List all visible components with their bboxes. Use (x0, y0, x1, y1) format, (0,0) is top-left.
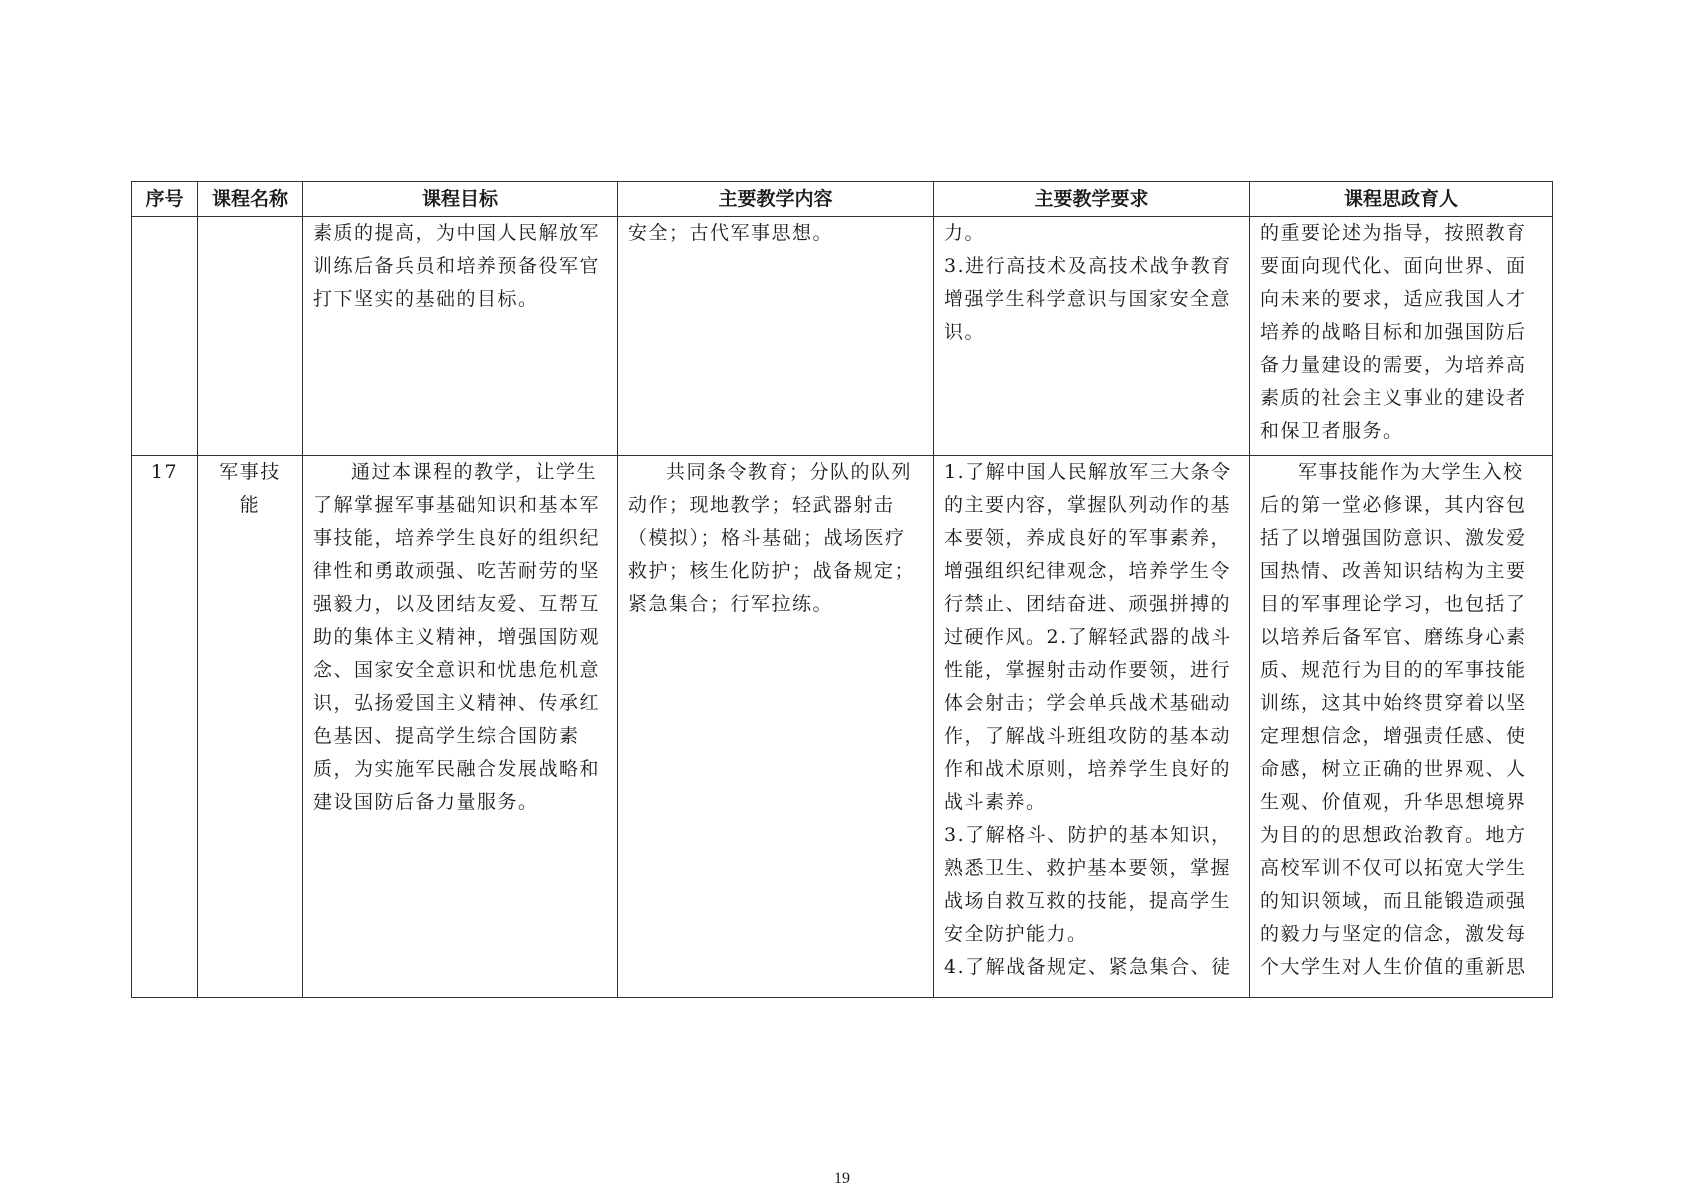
cell-course-goal: 通过本课程的教学，让学生了解掌握军事基础知识和基本军事技能，培养学生良好的组织纪… (303, 456, 618, 998)
cell-serial-no (132, 217, 198, 456)
cell-ideology-education: 军事技能作为大学生入校后的第一堂必修课，其内容包括了以增强国防意识、激发爱国热情… (1250, 456, 1553, 998)
cell-main-content: 安全；古代军事思想。 (618, 217, 934, 456)
header-main-content: 主要教学内容 (618, 182, 934, 217)
table-row: 17 军事技能 通过本课程的教学，让学生了解掌握军事基础知识和基本军事技能，培养… (132, 456, 1553, 998)
header-ideology-education: 课程思政育人 (1250, 182, 1553, 217)
cell-ideology-education: 的重要论述为指导，按照教育要面向现代化、面向世界、面向未来的要求，适应我国人才培… (1250, 217, 1553, 456)
header-course-goal: 课程目标 (303, 182, 618, 217)
table-row: 素质的提高，为中国人民解放军训练后备兵员和培养预备役军官打下坚实的基础的目标。 … (132, 217, 1553, 456)
cell-main-content: 共同条令教育；分队的队列动作；现地教学；轻武器射击（模拟）；格斗基础；战场医疗救… (618, 456, 934, 998)
cell-course-name: 军事技能 (198, 456, 303, 998)
cell-course-name (198, 217, 303, 456)
cell-main-requirements: 1.了解中国人民解放军三大条令的主要内容，掌握队列动作的基本要领，养成良好的军事… (934, 456, 1250, 998)
course-table: 序号 课程名称 课程目标 主要教学内容 主要教学要求 课程思政育人 素质的提高，… (131, 181, 1553, 998)
header-serial-no: 序号 (132, 182, 198, 217)
cell-main-requirements: 力。 3.进行高技术及高技术战争教育增强学生科学意识与国家安全意识。 (934, 217, 1250, 456)
header-main-requirements: 主要教学要求 (934, 182, 1250, 217)
cell-serial-no: 17 (132, 456, 198, 998)
table-header-row: 序号 课程名称 课程目标 主要教学内容 主要教学要求 课程思政育人 (132, 182, 1553, 217)
header-course-name: 课程名称 (198, 182, 303, 217)
page-number: 19 (0, 1170, 1684, 1188)
cell-course-goal: 素质的提高，为中国人民解放军训练后备兵员和培养预备役军官打下坚实的基础的目标。 (303, 217, 618, 456)
